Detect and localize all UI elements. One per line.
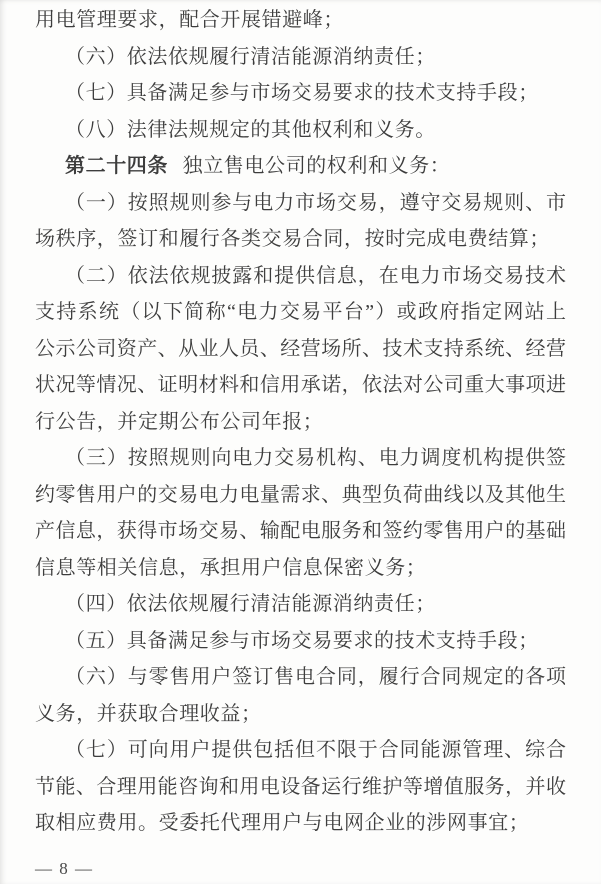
text-line: 节能、合理用能咨询和用电设备运行维护等增值服务，并收 [35, 769, 566, 806]
text-line: （八）法律法规规定的其他权利和义务。 [35, 112, 566, 149]
text-line: （二）依法依规披露和提供信息，在电力市场交易技术 [35, 258, 566, 295]
text-line: 行公告，并定期公布公司年报； [35, 404, 566, 441]
article-title: 独立售电公司的权利和义务： [183, 155, 451, 177]
text-line: （一）按照规则参与电力市场交易，遵守交易规则、市 [35, 185, 566, 222]
text-line: （六）与零售用户签订售电合同，履行合同规定的各项 [35, 659, 566, 696]
text-line: 义务，并获取合理收益； [35, 696, 566, 733]
text-line: （五）具备满足参与市场交易要求的技术支持手段； [35, 623, 566, 660]
text-line: 用电管理要求，配合开展错避峰； [35, 2, 566, 39]
text-line: 公示公司资产、从业人员、经营场所、技术支持系统、经营 [35, 331, 566, 368]
text-line: 状况等情况、证明材料和信用承诺，依法对公司重大事项进 [35, 367, 566, 404]
text-line: 信息等相关信息，承担用户信息保密义务； [35, 550, 566, 587]
text-line: （七）具备满足参与市场交易要求的技术支持手段； [35, 75, 566, 112]
article-number: 第二十四条 [65, 155, 168, 177]
page-number: — 8 — [35, 857, 566, 881]
document-page: 用电管理要求，配合开展错避峰； （六）依法依规履行清洁能源消纳责任； （七）具备… [0, 0, 601, 884]
text-line: （三）按照规则向电力交易机构、电力调度机构提供签 [35, 440, 566, 477]
text-line: 约零售用户的交易电力电量需求、典型负荷曲线以及其他生 [35, 477, 566, 514]
article-heading: 第二十四条 独立售电公司的权利和义务： [35, 148, 566, 185]
text-line: （六）依法依规履行清洁能源消纳责任； [35, 39, 566, 76]
document-body: 用电管理要求，配合开展错避峰； （六）依法依规履行清洁能源消纳责任； （七）具备… [35, 2, 566, 842]
text-line: 支持系统（以下简称“电力交易平台”）或政府指定网站上 [35, 294, 566, 331]
text-line: 场秩序，签订和履行各类交易合同，按时完成电费结算； [35, 221, 566, 258]
text-line: （七）可向用户提供包括但不限于合同能源管理、综合 [35, 732, 566, 769]
text-line: （四）依法依规履行清洁能源消纳责任； [35, 586, 566, 623]
text-line: 取相应费用。受委托代理用户与电网企业的涉网事宜； [35, 805, 566, 842]
text-line: 产信息，获得市场交易、输配电服务和签约零售用户的基础 [35, 513, 566, 550]
